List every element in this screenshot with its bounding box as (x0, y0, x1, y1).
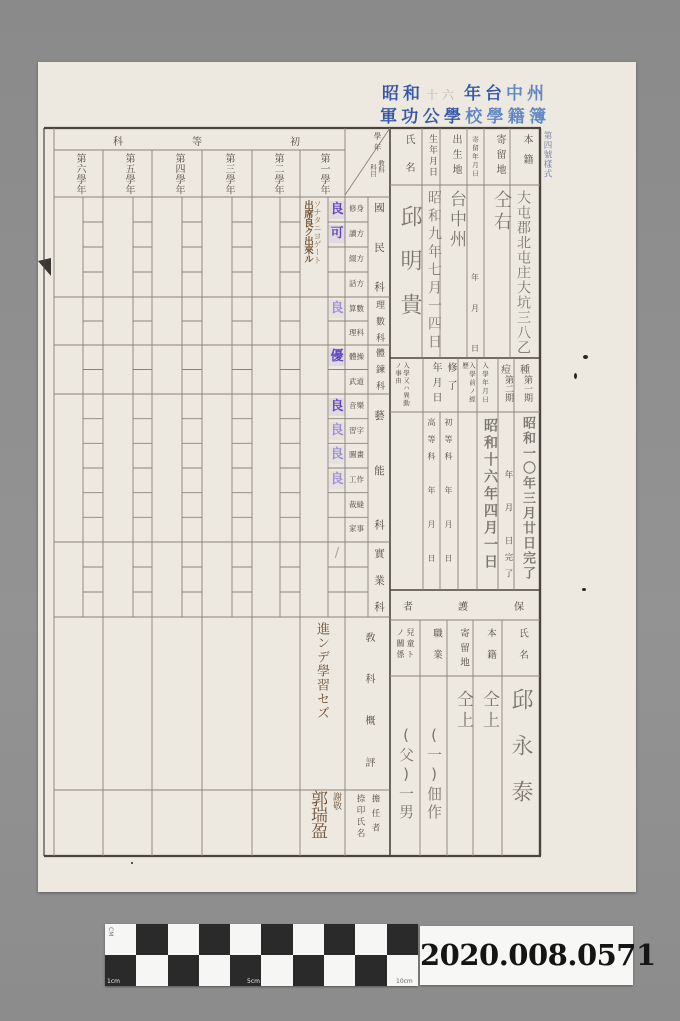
paper-speck (582, 588, 586, 591)
guardian-label-relation: 兒童トノ關係 (395, 628, 415, 670)
title-stamp-line2: 軍功公學校學籍簿 (380, 102, 550, 127)
year-header-5: 第五學年 (121, 153, 136, 195)
group-kokumin: 國民科 (372, 202, 387, 292)
guardian-domicile-value: 仝上 (477, 690, 502, 732)
scale-corner-label: CM (107, 927, 114, 936)
year1-evaluation: 進ンデ學習セズ (312, 622, 331, 720)
register-name: 校學籍簿 (465, 107, 550, 127)
residence-date-day: 日 (471, 343, 479, 354)
color-scale-checker (105, 924, 418, 986)
subject-label: 話方 (345, 272, 368, 296)
subject-label: 讀方 (345, 222, 368, 246)
year-header-4: 第四學年 (171, 153, 186, 195)
grade-mark: 良 (329, 422, 345, 440)
title-suffix: 年台 (464, 84, 506, 104)
subject-label: 算數 (345, 297, 368, 321)
teacher-label-col1: 擔任者 (369, 794, 381, 838)
subject-label: 體操 (345, 345, 368, 369)
grade-mark (329, 520, 345, 538)
subject-label: 裁縫 (345, 493, 368, 517)
guardian-title-char: 者 (403, 598, 413, 613)
label-birthplace: 出生地 (448, 134, 463, 179)
section-title-char: 初 (290, 133, 300, 148)
guardian-label-residence: 寄留地 (456, 628, 470, 672)
teacher-name: 郭瑞盈 (305, 790, 330, 838)
label-completion-a: 修了 (443, 362, 458, 398)
corner-label-subject-group: 教科 (377, 160, 386, 173)
binder-tab-mark (36, 258, 54, 278)
label-residence: 寄留地 (492, 134, 507, 179)
student-domicile-value: 大屯郡北屯庄大坑三八乙 (513, 190, 533, 355)
grade-mark (329, 496, 345, 514)
grade-mark: 優 (329, 348, 345, 366)
grade-mark: 良 (329, 300, 345, 318)
guardian-label-occupation: 職業 (429, 628, 443, 671)
completion-higher-value: 高等科 年 月 日 (426, 418, 437, 571)
year-header-2: 第二學年 (270, 153, 285, 195)
subject-label: 音樂 (345, 394, 368, 418)
guardian-title-char: 護 (458, 598, 468, 613)
paper-speck (574, 373, 577, 379)
section-title-char: 等 (192, 133, 202, 148)
guardian-occupation-value: (一)佃作 (424, 726, 445, 822)
guardian-label-name: 氏名 (515, 628, 529, 671)
student-name-value: 邱明貴 (394, 205, 425, 337)
subject-label: 家事 (345, 517, 368, 541)
label-student-name: 氏名 (401, 134, 416, 190)
label-completion-b: 年月日 (428, 362, 443, 407)
label-vaccination-period2: 第二期 (502, 375, 515, 402)
residence-date-year: 年 (471, 272, 479, 283)
guardian-relation-value: (父)一男 (396, 726, 417, 822)
form-number: 第四號樣式 (541, 131, 553, 179)
year-header-3: 第三學年 (221, 153, 236, 195)
grade-mark: 可 (329, 225, 345, 243)
student-residence-value: 仝右 (488, 190, 514, 234)
grade-mark (329, 250, 345, 268)
title-prefecture: 中州 (506, 84, 548, 104)
group-risu: 理數科 (373, 300, 386, 342)
subject-label: 修身 (345, 197, 368, 221)
subject-label: 圖畫 (345, 443, 368, 467)
title-stamp-line1: 昭和十六年台中州 (382, 79, 548, 104)
teacher-label-col2: 捺印氏名 (354, 794, 366, 840)
label-birth-date: 生年月日 (426, 134, 439, 178)
grade-mark: 良 (329, 398, 345, 416)
scale-tick-10cm: 10cm (396, 978, 413, 985)
grade-mark: 良 (329, 201, 345, 219)
completion-elementary-value: 初等科 年 月 日 (443, 418, 454, 571)
paper-speck (131, 862, 133, 864)
school-name: 軍功公學 (380, 107, 465, 127)
year-header-1: 第一學年 (316, 153, 331, 195)
subject-label: 理科 (345, 321, 368, 345)
residence-date-month: 月 (471, 303, 479, 314)
label-residence-date: 寄留年月日 (471, 136, 479, 180)
era-text: 昭和 (382, 84, 424, 104)
section-title-char: 科 (113, 133, 123, 148)
label-prior-history: 入學前ノ經歷 (461, 362, 475, 408)
enroll-date-value: 昭和十六年四月一日 (480, 418, 500, 571)
grade-mark (329, 275, 345, 293)
label-enroll-date: 入學年月日 (481, 362, 488, 408)
vaccination1-value: 昭和一〇年三月廿日完了 (518, 416, 537, 581)
evaluation-label: 敎科概評 (361, 632, 376, 767)
scale-tick-1cm: 1cm (107, 978, 120, 985)
guardian-name-value: 邱永泰 (505, 688, 536, 826)
guardian-label-domicile: 本籍 (483, 628, 497, 671)
vaccination2-value: 年 月 日完了 (502, 470, 514, 586)
handwritten-note-katakana: ソナタニヨゲート (312, 200, 323, 264)
grade-mark: / (329, 545, 345, 563)
grade-mark: 良 (329, 446, 345, 464)
scale-tick-5cm: 5cm (247, 978, 260, 985)
guardian-residence-value: 仝上 (451, 690, 476, 732)
label-domicile: 本籍 (519, 134, 534, 174)
group-tairen: 體鍊科 (373, 348, 386, 390)
year-header-6: 第六學年 (72, 153, 87, 195)
label-vaccination-period1: 第一期 (521, 375, 534, 402)
student-birthplace-value: 台中州 (444, 190, 469, 250)
handwritten-year: 十六 (426, 88, 458, 102)
label-vaccination-char: 種 (520, 361, 530, 376)
subject-label: 綴方 (345, 247, 368, 271)
corner-label-year: 學年 (372, 132, 383, 155)
label-transfer-reason: 入學又ハ異動ノ事由 (394, 362, 410, 408)
grade-mark (329, 373, 345, 391)
paper-speck (583, 355, 588, 359)
teacher-name-small: 謝敬 (330, 792, 343, 810)
subject-label: 工作 (345, 468, 368, 492)
accession-number-label: 2020.008.0571 (420, 926, 633, 985)
corner-label-subject: 科目 (369, 164, 378, 177)
group-jitsugyo: 實業科 (372, 548, 387, 612)
grade-mark: 良 (329, 471, 345, 489)
subject-label: 習字 (345, 419, 368, 443)
guardian-title-char: 保 (514, 598, 524, 613)
label-vaccination-char: 痘 (501, 361, 511, 376)
student-birth-date-value: 昭和九年七月一四日 (424, 190, 444, 352)
grade-mark (329, 324, 345, 342)
group-geino: 藝能科 (372, 410, 387, 530)
subject-label: 武道 (345, 370, 368, 394)
